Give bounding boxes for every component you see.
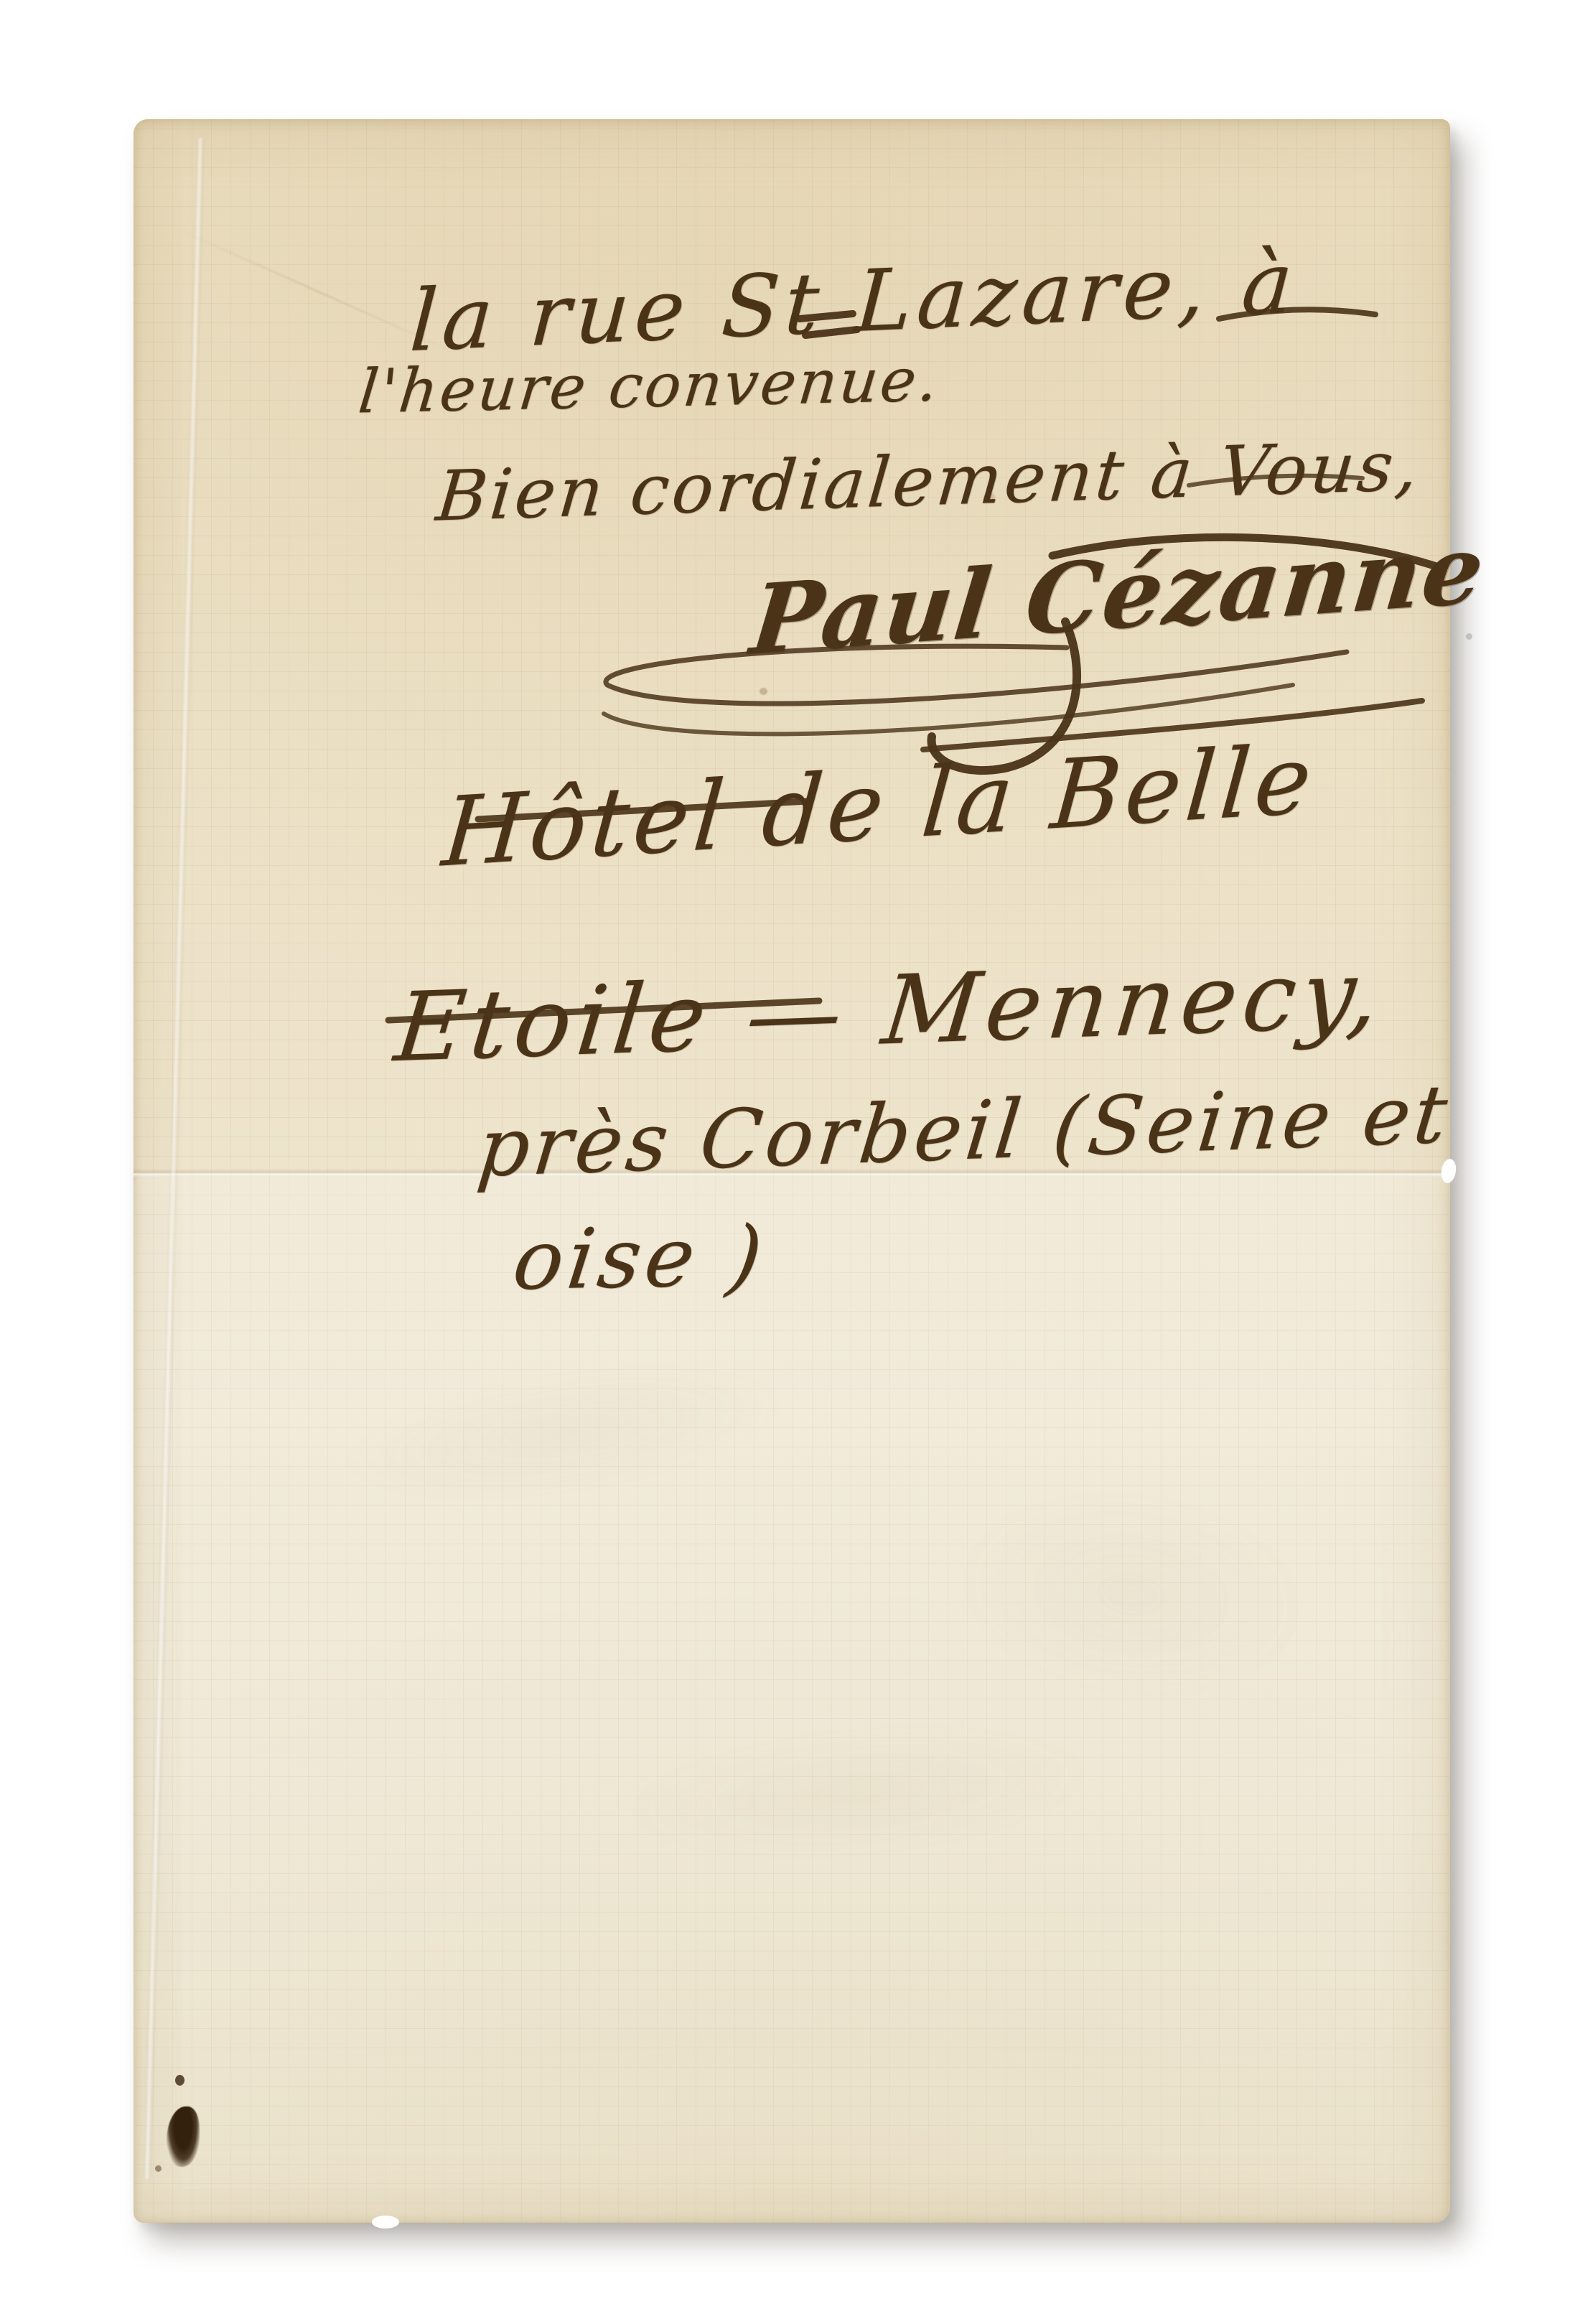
letter-line-time: l'heure convenue. xyxy=(355,344,943,426)
dust-spot xyxy=(1466,633,1472,640)
paper-edge-notch xyxy=(372,2216,399,2229)
letter-line-oise: oise ) xyxy=(508,1208,772,1309)
letter-paper: la rue St Lazare, à l'heure convenue. Bi… xyxy=(134,119,1450,2223)
photo-background: la rue St Lazare, à l'heure convenue. Bi… xyxy=(0,0,1575,2324)
